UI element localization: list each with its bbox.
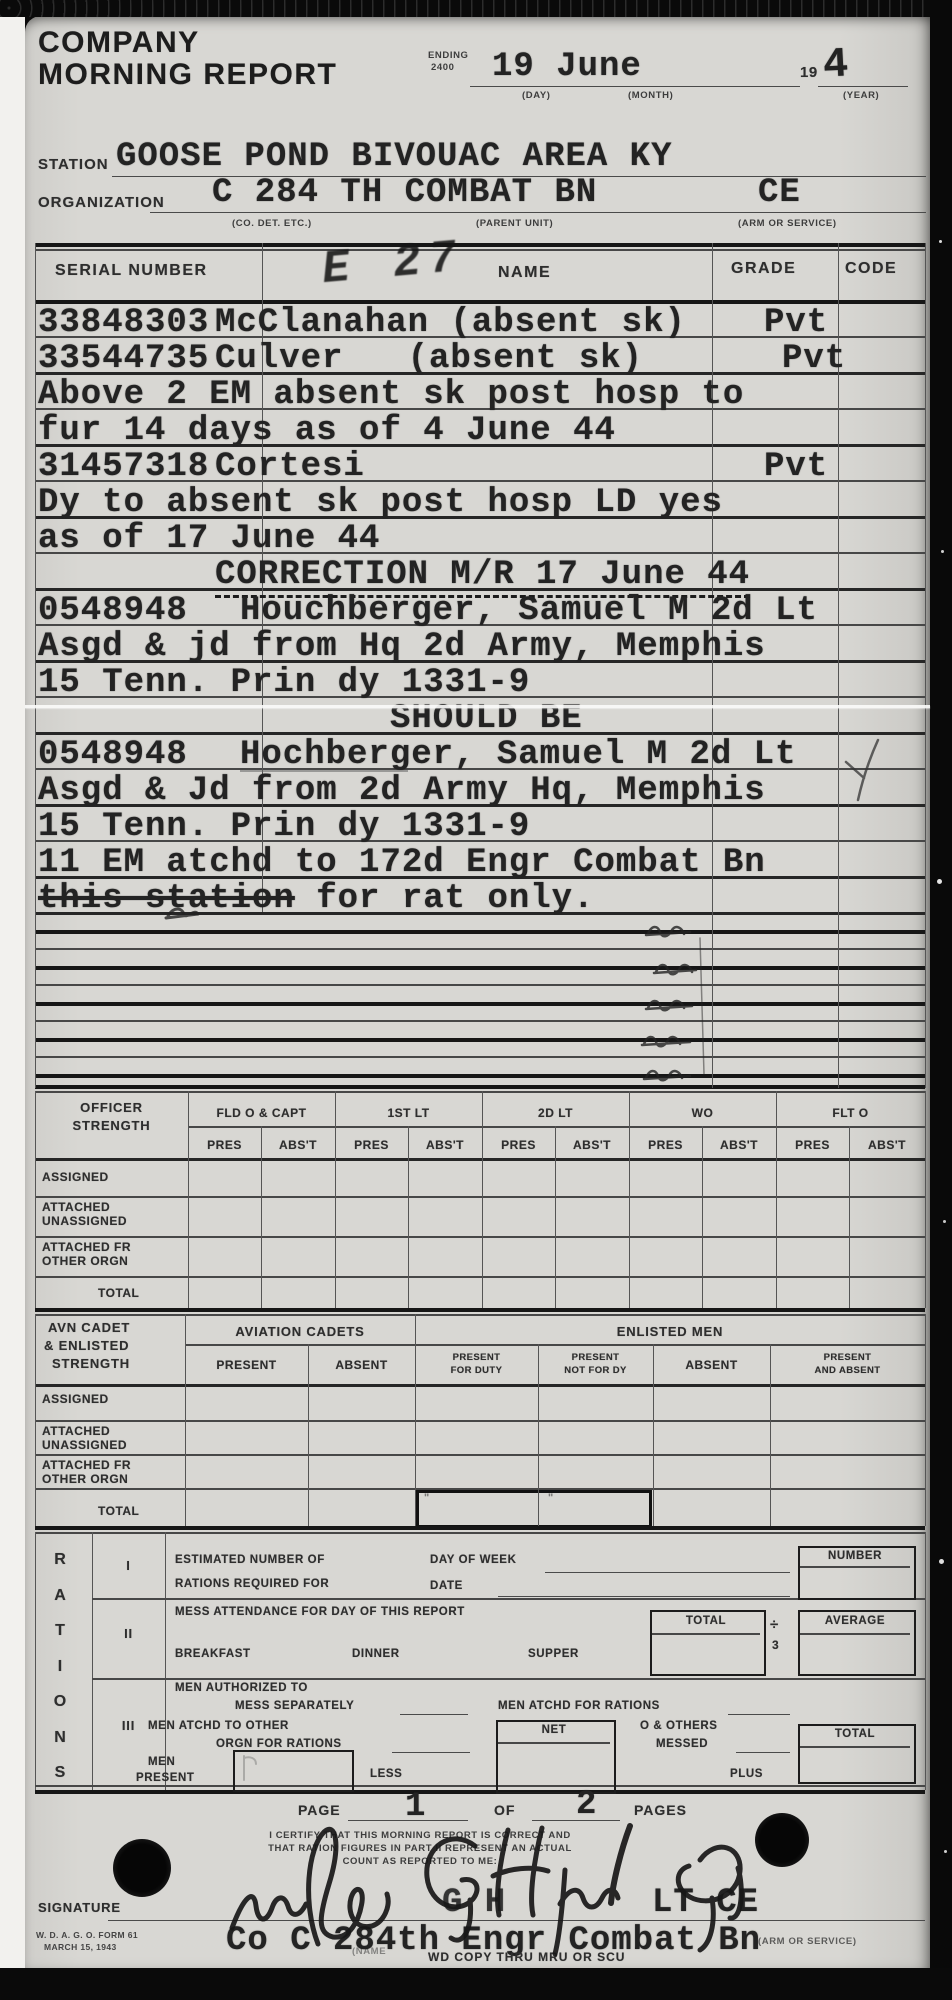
roster-line: 15 Tenn. Prin dy 1331-9 [38, 810, 530, 844]
arm-of-service-value: CE [758, 176, 801, 210]
rule [35, 1384, 925, 1387]
rule [849, 1126, 850, 1308]
rule [35, 1236, 925, 1238]
rule [925, 1532, 926, 1790]
caption-arm: (ARM OR SERVICE) [738, 218, 837, 229]
sub-pres: PRES [776, 1138, 849, 1152]
section-numeral-1: I [92, 1558, 165, 1573]
rule [538, 1344, 539, 1526]
roster-line: Asgd & Jd from 2d Army Hq, Memphis [38, 774, 766, 808]
certification-text: COUNT AS REPORTED TO ME: [250, 1856, 590, 1867]
plus-label: PLUS [730, 1768, 763, 1780]
roster-name: McClanahan (absent sk) [215, 306, 686, 340]
organization-label: ORGANIZATION [38, 194, 165, 211]
mess-separately-label: MESS SEPARATELY [235, 1700, 354, 1712]
rule [35, 1091, 925, 1093]
day-of-week-label: DAY OF WEEK [430, 1554, 516, 1566]
rule [653, 1344, 654, 1526]
rule [185, 1314, 186, 1526]
form-title-line1: COMPANY [38, 26, 200, 60]
sub-abst: ABS'T [849, 1138, 925, 1152]
mess-attendance-label: MESS ATTENDANCE FOR DAY OF THIS REPORT [175, 1606, 465, 1618]
page-label: PAGE [298, 1802, 341, 1818]
rule [35, 1532, 36, 1790]
mess-total-label: TOTAL [650, 1615, 762, 1627]
sub-abst: ABS'T [555, 1138, 629, 1152]
rule [35, 1158, 925, 1161]
rule [800, 1566, 910, 1568]
group-2d-lt: 2D LT [482, 1106, 629, 1120]
roster-name: Hochberger, Samuel M 2d Lt [240, 738, 797, 772]
men-present-label: MEN [148, 1756, 175, 1768]
sub-abst: ABS'T [408, 1138, 482, 1152]
roster-line: Dy to absent sk post hosp LD yes [38, 486, 723, 520]
rule [35, 1038, 925, 1042]
number-box-label: NUMBER [798, 1550, 912, 1562]
roster-grade: Pvt [782, 342, 846, 376]
rule [92, 1678, 925, 1680]
col-present: PRESENT [185, 1358, 308, 1372]
group-1st-lt: 1ST LT [335, 1106, 482, 1120]
rule [308, 1344, 309, 1526]
roster-serial: 33544735 [38, 342, 209, 376]
net-label: NET [496, 1724, 612, 1736]
row-attached-fr: ATTACHED FR [42, 1458, 131, 1472]
rations-est-line2: RATIONS REQUIRED FOR [175, 1578, 329, 1590]
ending-label: ENDING [428, 50, 469, 61]
rule [482, 1091, 483, 1308]
breakfast-label: BREAKFAST [175, 1648, 251, 1660]
rule [35, 1056, 925, 1058]
col-present-not-for-dy: NOT FOR DY [538, 1365, 653, 1376]
roster-name: Cortesi [215, 450, 365, 484]
sub-pres: PRES [335, 1138, 408, 1152]
rule [555, 1126, 556, 1308]
rule [35, 1454, 925, 1456]
scanned-morning-report: COMPANY MORNING REPORT ENDING 2400 19 Ju… [0, 0, 952, 2000]
col-name: NAME [498, 264, 551, 282]
year-printed: 19 [800, 64, 818, 81]
col-absent-em: ABSENT [653, 1358, 770, 1372]
less-label: LESS [370, 1768, 402, 1780]
enlisted-title: AVN CADET [48, 1320, 130, 1335]
date-label: DATE [430, 1580, 463, 1592]
rule [470, 86, 800, 87]
signature-label: SIGNATURE [38, 1900, 121, 1915]
men-present-box [233, 1750, 354, 1792]
dinner-label: DINNER [352, 1648, 400, 1660]
col-serial-number: SERIAL NUMBER [55, 262, 208, 280]
row-assigned: ASSIGNED [42, 1170, 109, 1184]
rule [188, 1126, 925, 1128]
col-present-and-absent: PRESENT [770, 1352, 925, 1363]
rations-side-label: RATIONS [48, 1542, 72, 1791]
rule [652, 1633, 760, 1635]
roster-line: this station for rat only. [38, 882, 595, 916]
rule [776, 1091, 777, 1308]
station-label: STATION [38, 156, 109, 173]
rule [629, 1091, 630, 1308]
roster-line: fur 14 days as of 4 June 44 [38, 414, 616, 448]
rule [185, 1344, 925, 1346]
row-attached-unassigned: ATTACHED [42, 1200, 110, 1214]
ending-value: 2400 [431, 62, 455, 73]
row-total: TOTAL [98, 1504, 139, 1518]
col-absent: ABSENT [308, 1358, 415, 1372]
rule [770, 1344, 771, 1526]
supper-label: SUPPER [528, 1648, 579, 1660]
year-written: 4 [822, 47, 850, 82]
typed-name-fragment: G H [442, 1886, 506, 1920]
of-label: OF [494, 1802, 515, 1818]
rule [35, 243, 925, 247]
ditto-mark: " [424, 1492, 430, 1504]
row-attached-unassigned: UNASSIGNED [42, 1214, 127, 1228]
group-flt-o: FLT O [776, 1106, 925, 1120]
divisor: 3 [772, 1638, 779, 1652]
form-date: MARCH 15, 1943 [44, 1942, 117, 1952]
roster-line: 11 EM atchd to 172d Engr Combat Bn [38, 846, 766, 880]
col-present-not-for-dy: PRESENT [538, 1352, 653, 1363]
row-attached-fr: OTHER ORGN [42, 1472, 128, 1486]
struck-text: this station [38, 880, 295, 918]
pages-total: 2 [576, 1788, 597, 1822]
rule [35, 1276, 925, 1278]
roster-serial: 33848303 [38, 306, 209, 340]
rule [35, 1196, 925, 1198]
men-atchd-other-label: MEN ATCHD TO OTHER [148, 1720, 289, 1732]
men-authorized-label: MEN AUTHORIZED TO [175, 1682, 308, 1694]
roster-grade: Pvt [764, 306, 828, 340]
roster-serial: 0548948 [38, 738, 188, 772]
rule [702, 1126, 703, 1308]
rule [35, 300, 925, 304]
caption-parent: (PARENT UNIT) [476, 218, 553, 229]
rule [498, 1742, 610, 1744]
rule [35, 1020, 925, 1022]
form-number: W. D. A. G. O. FORM 61 [36, 1930, 138, 1940]
group-fldo-capt: FLD O & CAPT [188, 1106, 335, 1120]
rule [925, 243, 926, 1088]
rule [35, 243, 36, 1088]
row-attached-unassigned: UNASSIGNED [42, 1438, 127, 1452]
rule [400, 1714, 468, 1715]
col-present-for-duty: FOR DUTY [415, 1365, 538, 1376]
rule [392, 1752, 470, 1753]
men-atchd-rations-label: MEN ATCHD FOR RATIONS [498, 1700, 660, 1712]
caption-year: (YEAR) [843, 90, 879, 101]
form-title-line2: MORNING REPORT [38, 58, 337, 92]
rule [35, 1085, 925, 1089]
caption-month: (MONTH) [628, 90, 673, 101]
rule [35, 1785, 925, 1787]
roster-line: Above 2 EM absent sk post hosp to [38, 378, 744, 412]
row-assigned: ASSIGNED [42, 1392, 109, 1406]
row-total: TOTAL [98, 1286, 139, 1300]
group-aviation-cadets: AVIATION CADETS [185, 1324, 415, 1339]
roster-line: as of 17 June 44 [38, 522, 380, 556]
rule [925, 1091, 926, 1308]
page-number: 1 [405, 1790, 426, 1824]
rule [35, 1074, 925, 1078]
col-present-for-duty: PRESENT [415, 1352, 538, 1363]
scan-margin [0, 0, 25, 1968]
men-present-label: PRESENT [136, 1772, 195, 1784]
ditto-mark: " [548, 1492, 554, 1504]
typed-grade: LT CE [652, 1886, 759, 1920]
rule [818, 86, 908, 87]
rule [35, 1314, 925, 1316]
scan-edge-right [930, 0, 952, 2000]
rule [35, 1532, 925, 1534]
rule [925, 1314, 926, 1526]
punch-hole [113, 1839, 171, 1897]
rule [415, 1314, 416, 1526]
sub-pres: PRES [188, 1138, 261, 1152]
rule [35, 984, 925, 986]
rule [35, 1091, 36, 1308]
enlisted-title: & ENLISTED [44, 1338, 129, 1353]
certification-text: THAT RATION FIGURES IN PART II REPRESENT… [250, 1843, 590, 1854]
station-value: GOOSE POND BIVOUAC AREA KY [116, 140, 673, 174]
rule [35, 1308, 925, 1312]
rule [188, 1091, 189, 1308]
rations-est-line1: ESTIMATED NUMBER OF [175, 1554, 325, 1566]
o-and-others-label: O & OTHERS [640, 1720, 718, 1732]
sub-abst: ABS'T [261, 1138, 335, 1152]
roster-serial: 0548948 [38, 594, 188, 628]
caption-day: (DAY) [522, 90, 551, 101]
rule [165, 1532, 166, 1790]
caption-unit: (CO. DET. ETC.) [232, 218, 312, 229]
organization-value: C 284 TH COMBAT BN [212, 176, 597, 210]
rule [35, 948, 925, 950]
rule [498, 1596, 790, 1597]
sub-abst: ABS'T [702, 1138, 776, 1152]
caption-grade-arm: (ARM OR SERVICE) [758, 1936, 857, 1947]
divide-sign: ÷ [770, 1616, 779, 1633]
rule [35, 1420, 925, 1422]
rule [35, 1314, 36, 1526]
group-wo: WO [629, 1106, 776, 1120]
rule [800, 1633, 910, 1635]
roster-name: Houchberger, Samuel M 2d Lt [240, 594, 818, 628]
rations-total-label: TOTAL [798, 1728, 912, 1740]
rule [35, 1526, 925, 1530]
orgn-rations-label: ORGN FOR RATIONS [216, 1738, 342, 1750]
average-label: AVERAGE [798, 1615, 912, 1627]
rule [545, 1572, 790, 1573]
sub-pres: PRES [629, 1138, 702, 1152]
enlisted-title: STRENGTH [52, 1356, 130, 1371]
row-attached-fr: OTHER ORGN [42, 1254, 128, 1268]
rule [35, 1002, 925, 1006]
rule [408, 1126, 409, 1308]
rule [736, 1752, 790, 1753]
scan-crease [25, 705, 930, 708]
scan-edge-bottom [0, 1968, 952, 2000]
sub-pres: PRES [482, 1138, 555, 1152]
rule [35, 966, 925, 970]
section-numeral-2: II [92, 1626, 165, 1641]
roster-serial: 31457318 [38, 450, 209, 484]
roster-name: Culver (absent sk) [215, 342, 643, 376]
copy-routing-note: WD COPY THRU MRU OR SCU [428, 1950, 625, 1964]
roster-line: 15 Tenn. Prin dy 1331-9 [38, 666, 530, 700]
roster-line: Asgd & jd from Hq 2d Army, Memphis [38, 630, 766, 664]
rule [35, 249, 925, 251]
roster-line-tail: for rat only. [295, 880, 595, 918]
scan-edge-top [0, 0, 952, 17]
rule [728, 1714, 790, 1715]
total-emphasis-box [416, 1490, 652, 1528]
rule [800, 1746, 910, 1748]
pages-label: PAGES [634, 1802, 687, 1818]
officer-strength-title: STRENGTH [35, 1118, 188, 1133]
col-grade: GRADE [731, 260, 796, 278]
punch-hole [755, 1813, 809, 1867]
messed-label: MESSED [656, 1738, 708, 1750]
col-code: CODE [845, 260, 897, 278]
rule [35, 1790, 925, 1794]
certification-text: I CERTIFY THAT THIS MORNING REPORT IS CO… [250, 1830, 590, 1841]
rule [261, 1126, 262, 1308]
col-present-and-absent: AND ABSENT [770, 1365, 925, 1376]
rule [335, 1091, 336, 1308]
group-enlisted-men: ENLISTED MEN [415, 1324, 925, 1339]
rule [35, 930, 925, 934]
row-attached-fr: ATTACHED FR [42, 1240, 131, 1254]
row-attached-unassigned: ATTACHED [42, 1424, 110, 1438]
roster-grade: Pvt [764, 450, 828, 484]
rule [150, 212, 926, 213]
scan-speckles [939, 240, 942, 243]
officer-strength-title: OFFICER [35, 1100, 188, 1115]
report-date: 19 June [492, 50, 642, 84]
